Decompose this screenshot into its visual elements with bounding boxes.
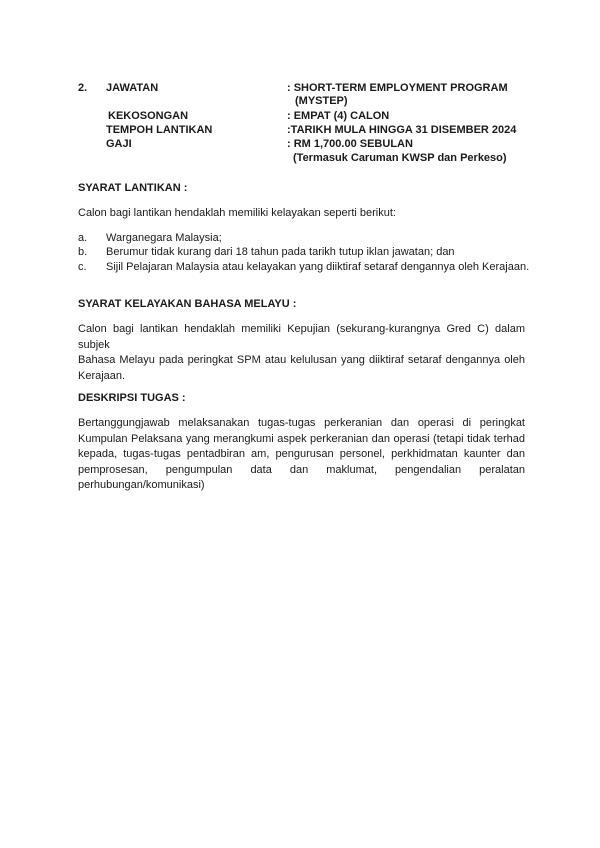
label-jawatan: JAWATAN xyxy=(106,82,158,95)
paragraph-line: Calon bagi lantikan hendaklah memiliki K… xyxy=(78,322,525,353)
section-heading: SYARAT KELAYAKAN BAHASA MELAYU : xyxy=(78,297,296,313)
paragraph-line: Kerajaan. xyxy=(78,369,525,385)
list-text: Berumur tidak kurang dari 18 tahun pada … xyxy=(106,245,455,261)
value-tempoh-lantikan: :TARIKH MULA HINGGA 31 DISEMBER 2024 xyxy=(287,124,516,137)
value-gaji: : RM 1,700.00 SEBULAN xyxy=(287,138,413,151)
value-jawatan: : SHORT-TERM EMPLOYMENT PROGRAM xyxy=(287,82,508,95)
intro-text: Calon bagi lantikan hendaklah memiliki k… xyxy=(78,206,396,222)
section-number: 2. xyxy=(78,82,87,95)
paragraph-line: pemprosesan, pengumpulan data dan maklum… xyxy=(78,463,525,479)
paragraph-line: Kumpulan Pelaksana yang merangkumi aspek… xyxy=(78,432,525,448)
section-heading: DESKRIPSI TUGAS : xyxy=(78,391,186,407)
list-marker: c. xyxy=(78,260,87,276)
body-paragraph: Bertanggungjawab melaksanakan tugas-tuga… xyxy=(78,416,525,494)
paragraph-line: Bertanggungjawab melaksanakan tugas-tuga… xyxy=(78,416,525,432)
label-kekosongan: KEKOSONGAN xyxy=(108,110,188,123)
value-jawatan-cont: (MYSTEP) xyxy=(295,95,348,108)
label-tempoh-lantikan: TEMPOH LANTIKAN xyxy=(106,124,212,137)
value-gaji-cont: (Termasuk Caruman KWSP dan Perkeso) xyxy=(293,152,507,165)
paragraph-line: kepada, tugas-tugas pentadbiran am, peng… xyxy=(78,447,525,463)
section-heading: SYARAT LANTIKAN : xyxy=(78,181,187,197)
value-kekosongan: : EMPAT (4) CALON xyxy=(287,110,389,123)
paragraph-line: Bahasa Melayu pada peringkat SPM atau ke… xyxy=(78,353,525,369)
list-marker: b. xyxy=(78,245,87,261)
label-gaji: GAJI xyxy=(106,138,132,151)
paragraph-line: perhubungan/komunikasi) xyxy=(78,478,525,494)
list-text: Sijil Pelajaran Malaysia atau kelayakan … xyxy=(106,260,529,276)
body-paragraph: Calon bagi lantikan hendaklah memiliki K… xyxy=(78,322,525,384)
